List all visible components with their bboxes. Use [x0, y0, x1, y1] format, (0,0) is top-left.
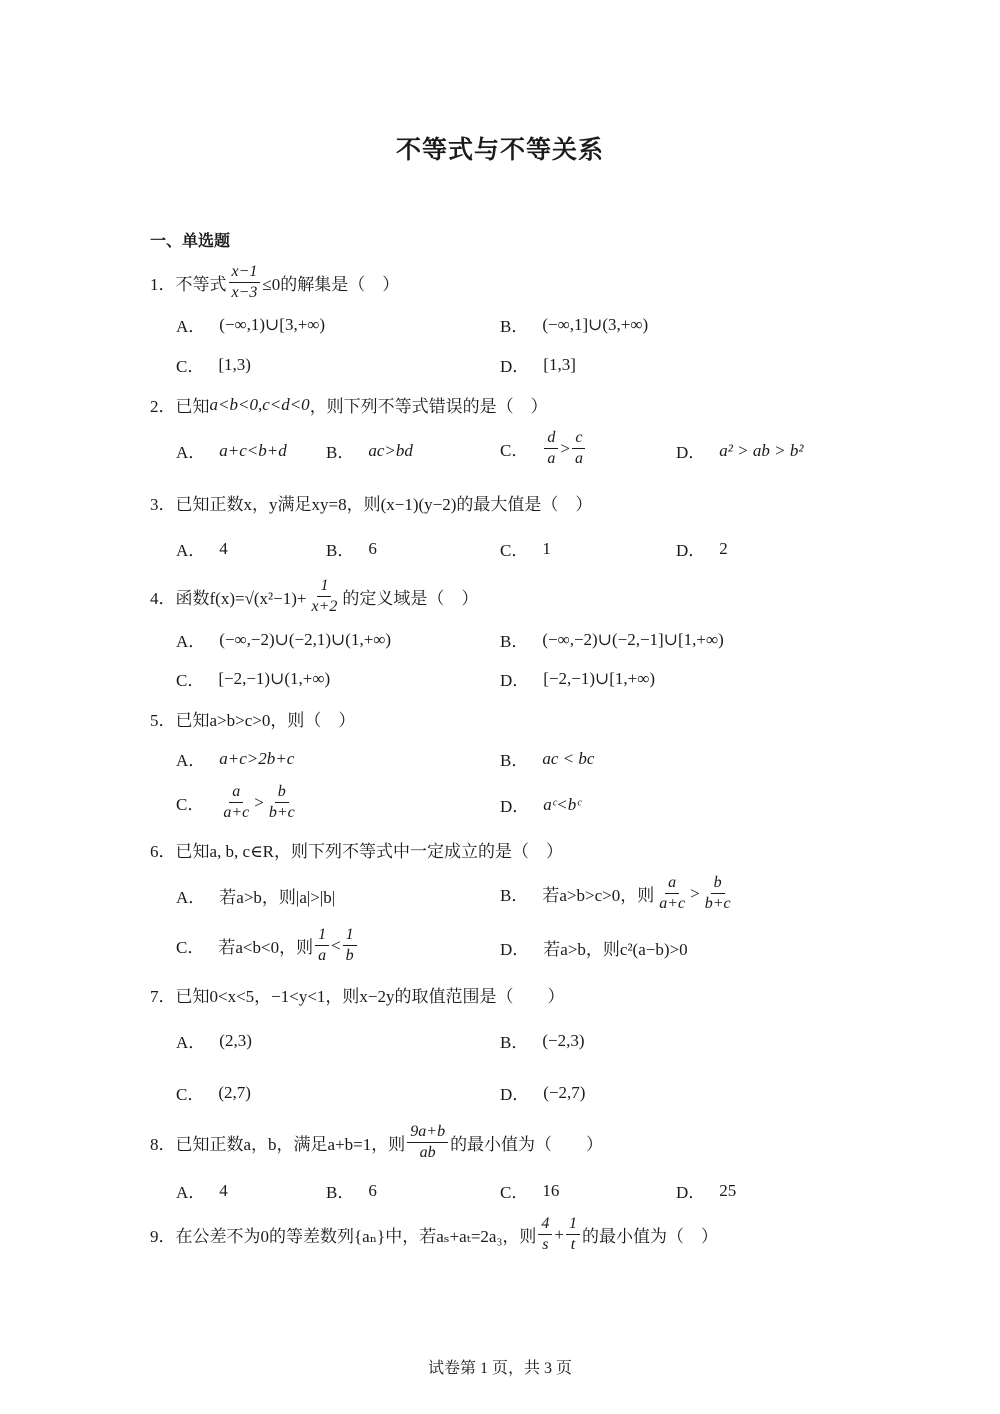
option-2d[interactable]: D．a² > ab > b² — [676, 438, 803, 463]
fraction: 1t — [566, 1214, 580, 1255]
option-2a[interactable]: A．a+c<b+d — [176, 438, 287, 463]
question-stem: 的定义域是（ ） — [342, 584, 478, 609]
option-2b[interactable]: B．ac>bd — [326, 438, 413, 463]
option-6a[interactable]: A．若a>b，则|a|>|b| — [176, 883, 335, 908]
question-stem: 在公差不为0的等差数列{aₙ}中，若aₛ+aₜ=2a₃，则 — [176, 1222, 537, 1247]
question-stem: 不等式 — [176, 270, 227, 295]
option-1c[interactable]: C．[1,3) — [176, 352, 251, 377]
option-5b[interactable]: B．ac < bc — [500, 746, 594, 771]
option-8b[interactable]: B．6 — [326, 1178, 377, 1203]
question-number: 8． — [150, 1130, 176, 1155]
question-number: 6． — [150, 837, 176, 862]
fraction: bb+c — [702, 873, 734, 914]
option-6b[interactable]: B． 若a>b>c>0，则 aa+c > bb+c — [500, 873, 736, 914]
option-5c[interactable]: C． aa+c > bb+c — [176, 782, 300, 823]
question-number: 7． — [150, 982, 176, 1007]
question-stem: 已知正数x，y满足xy=8，则(x−1)(y−2)的最大值是（ ） — [176, 490, 593, 515]
option-4a[interactable]: A．(−∞,−2)∪(−2,1)∪(1,+∞) — [176, 627, 391, 652]
option-7d[interactable]: D．(−2,7) — [500, 1080, 585, 1105]
fraction: 1x+2 — [309, 576, 341, 617]
question-stem: ，则下列不等式错误的是（ ） — [310, 392, 548, 417]
question-number: 4． — [150, 584, 176, 609]
option-4d[interactable]: D．[−2,−1)∪[1,+∞) — [500, 666, 655, 691]
question-stem: 的最小值为（ ） — [450, 1130, 603, 1155]
question-4: 4． 函数f(x)=√(x²−1)+ 1x+2 的定义域是（ ） — [150, 576, 478, 617]
option-6c[interactable]: C． 若a<b<0，则 1a < 1b — [176, 925, 359, 966]
option-7a[interactable]: A．(2,3) — [176, 1028, 252, 1053]
question-stem: 已知0<x<5，−1<y<1，则x−2y的取值范围是（ ） — [176, 982, 565, 1007]
question-stem: 已知a>b>c>0，则（ ） — [176, 706, 356, 731]
question-stem: 已知 — [176, 392, 210, 417]
option-3c[interactable]: C．1 — [500, 536, 551, 561]
question-5: 5． 已知a>b>c>0，则（ ） — [150, 706, 355, 731]
page-footer: 试卷第 1 页，共 3 页 — [0, 1355, 1000, 1378]
question-number: 1． — [150, 270, 176, 295]
fraction: 1a — [315, 925, 329, 966]
option-2c[interactable]: C． da > ca — [500, 428, 588, 469]
question-7: 7． 已知0<x<5，−1<y<1，则x−2y的取值范围是（ ） — [150, 982, 565, 1007]
fraction: x−1x−3 — [229, 262, 261, 303]
question-stem: 已知正数a，b，满足a+b=1，则 — [176, 1130, 406, 1155]
fraction: 4s — [538, 1214, 552, 1255]
question-number: 9． — [150, 1222, 176, 1247]
option-8c[interactable]: C．16 — [500, 1178, 559, 1203]
option-1a[interactable]: A．(−∞,1)∪[3,+∞) — [176, 312, 325, 337]
option-4c[interactable]: C．[−2,−1)∪(1,+∞) — [176, 666, 330, 691]
question-6: 6． 已知a, b, c∈R，则下列不等式中一定成立的是（ ） — [150, 837, 563, 862]
question-9: 9． 在公差不为0的等差数列{aₙ}中，若aₛ+aₜ=2a₃，则 4s + 1t… — [150, 1214, 718, 1255]
fraction: aa+c — [656, 873, 688, 914]
question-stem: 的最小值为（ ） — [582, 1222, 718, 1247]
fraction: 9a+bab — [407, 1122, 448, 1163]
option-3a[interactable]: A．4 — [176, 536, 228, 561]
question-2: 2． 已知 a<b<0,c<d<0 ，则下列不等式错误的是（ ） — [150, 392, 548, 417]
question-8: 8． 已知正数a，b，满足a+b=1，则 9a+bab 的最小值为（ ） — [150, 1122, 603, 1163]
fraction: bb+c — [266, 782, 298, 823]
option-3d[interactable]: D．2 — [676, 536, 728, 561]
page-title: 不等式与不等关系 — [0, 130, 1000, 166]
question-number: 2． — [150, 392, 176, 417]
option-5a[interactable]: A．a+c>2b+c — [176, 746, 294, 771]
option-5d[interactable]: D．aᶜ<bᶜ — [500, 792, 581, 817]
question-3: 3． 已知正数x，y满足xy=8，则(x−1)(y−2)的最大值是（ ） — [150, 490, 592, 515]
option-8a[interactable]: A．4 — [176, 1178, 228, 1203]
question-1: 1． 不等式 x−1x−3 ≤0的解集是（ ） — [150, 262, 399, 303]
fraction: ca — [572, 428, 586, 469]
option-1d[interactable]: D．[1,3] — [500, 352, 576, 377]
math-expr: a<b<0,c<d<0 — [210, 395, 310, 415]
question-stem: ≤0的解集是（ ） — [262, 270, 399, 295]
fraction: 1b — [343, 925, 357, 966]
option-6d[interactable]: D．若a>b，则c²(a−b)>0 — [500, 935, 688, 960]
fraction: da — [544, 428, 558, 469]
question-number: 5． — [150, 706, 176, 731]
option-7b[interactable]: B．(−2,3) — [500, 1028, 585, 1053]
question-number: 3． — [150, 490, 176, 515]
fraction: aa+c — [220, 782, 252, 823]
option-4b[interactable]: B．(−∞,−2)∪(−2,−1]∪[1,+∞) — [500, 627, 724, 652]
option-1b[interactable]: B．(−∞,1]∪(3,+∞) — [500, 312, 648, 337]
section-heading: 一、单选题 — [150, 228, 230, 251]
question-stem: 已知a, b, c∈R，则下列不等式中一定成立的是（ ） — [176, 837, 564, 862]
option-3b[interactable]: B．6 — [326, 536, 377, 561]
question-stem: 函数f(x)=√(x²−1)+ — [176, 584, 307, 609]
option-8d[interactable]: D．25 — [676, 1178, 736, 1203]
option-7c[interactable]: C．(2,7) — [176, 1080, 251, 1105]
